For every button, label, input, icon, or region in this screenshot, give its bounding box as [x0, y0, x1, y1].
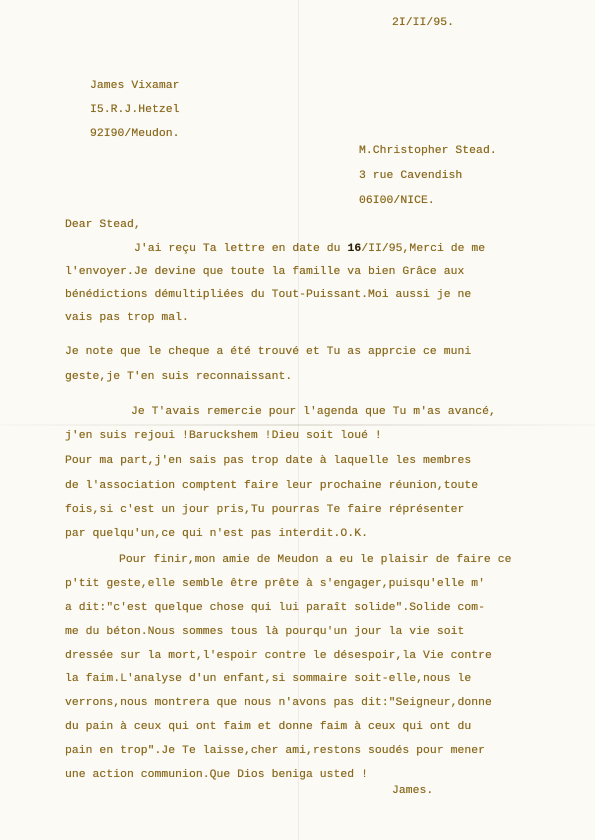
body-line: Je note que le cheque a été trouvé et Tu…: [65, 346, 471, 358]
paper-fold: [0, 424, 595, 426]
body-line: J'ai reçu Ta lettre en date du 16/II/95,…: [134, 243, 485, 255]
body-line: me du béton.Nous sommes tous là pourqu'u…: [65, 626, 464, 638]
handwritten-correction: 16: [347, 243, 361, 255]
recipient-name: M.Christopher Stead.: [359, 145, 497, 157]
body-line: l'envoyer.Je devine que toute la famille…: [65, 266, 464, 278]
sender-name: James Vixamar: [90, 80, 180, 92]
body-line: pain en trop".Je Te laisse,cher ami,rest…: [65, 745, 485, 757]
body-line: Je T'avais remercie pour l'agenda que Tu…: [131, 406, 496, 418]
body-line: Pour ma part,j'en sais pas trop date à l…: [65, 455, 471, 467]
line-text: J'ai reçu Ta lettre en date du: [134, 243, 347, 255]
body-line: a dit:"c'est quelque chose qui lui paraî…: [65, 602, 485, 614]
signature: James.: [392, 785, 433, 797]
body-line: du pain à ceux qui ont faim et donne fai…: [65, 721, 471, 733]
body-line: une action communion.Que Dios beniga ust…: [65, 769, 368, 781]
body-line: Pour finir,mon amie de Meudon a eu le pl…: [119, 554, 511, 566]
salutation: Dear Stead,: [65, 219, 141, 231]
body-line: dressée sur la mort,l'espoir contre le d…: [65, 650, 492, 662]
body-line: par quelqu'un,ce qui n'est pas interdit.…: [65, 528, 368, 540]
recipient-city: 06I00/NICE.: [359, 195, 435, 207]
sender-street: I5.R.J.Hetzel: [90, 104, 180, 116]
body-line: de l'association comptent faire leur pro…: [65, 480, 478, 492]
recipient-street: 3 rue Cavendish: [359, 170, 462, 182]
letter-page: 2I/II/95. James Vixamar I5.R.J.Hetzel 92…: [0, 0, 595, 840]
body-line: bénédictions démultipliées du Tout-Puiss…: [65, 289, 471, 301]
sender-city: 92I90/Meudon.: [90, 128, 180, 140]
body-line: fois,si c'est un jour pris,Tu pourras Te…: [65, 504, 464, 516]
body-line: verrons,nous montrera que nous n'avons p…: [65, 697, 492, 709]
body-line: geste,je T'en suis reconnaissant.: [65, 371, 292, 383]
body-line: p'tit geste,elle semble être prête à s'e…: [65, 578, 485, 590]
body-line: j'en suis rejoui !Baruckshem !Dieu soit …: [65, 430, 382, 442]
letter-date: 2I/II/95.: [392, 17, 454, 29]
line-text: /II/95,Merci de me: [361, 243, 485, 255]
body-line: la faim.L'analyse d'un enfant,si sommair…: [65, 673, 471, 685]
body-line: vais pas trop mal.: [65, 312, 189, 324]
paper-crease: [298, 0, 299, 840]
